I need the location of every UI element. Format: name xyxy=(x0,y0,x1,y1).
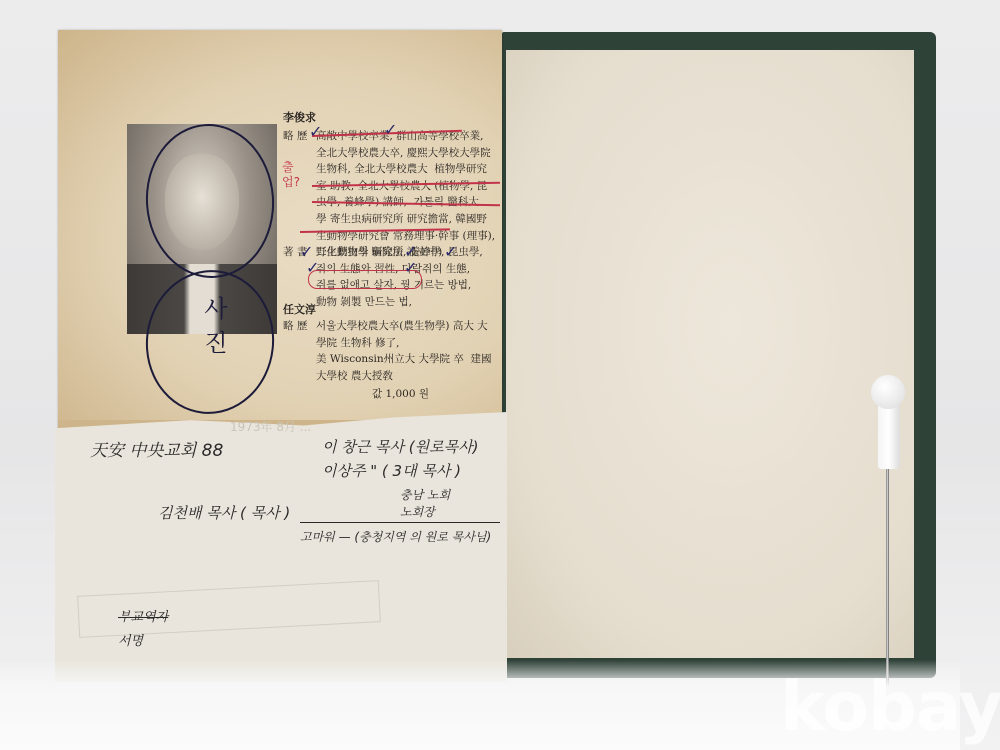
printed-line: 二化螟虫의 驅除法, 養蜂學, 昆虫學, xyxy=(316,244,483,261)
printed-line: 學 寄生虫病研究所 研究擔當, 韓國野 xyxy=(316,211,487,228)
note-line: 부교역자 xyxy=(118,606,168,625)
check-mark-icon: ✓ xyxy=(444,242,457,261)
watermark: kobay xyxy=(780,668,1000,747)
author1-career-label: 略 歷 xyxy=(283,128,307,145)
printed-line: 動物 剝製 만드는 법, xyxy=(316,294,412,311)
note-line: 天安 中央교회 88 xyxy=(90,436,223,461)
endpaper xyxy=(506,50,914,658)
check-mark-icon: ✓ xyxy=(384,120,397,139)
printed-line: 大學校 農大授敎 xyxy=(316,368,393,385)
printed-line: 學院 生物科 修了, xyxy=(316,335,400,352)
printed-line: 生物科, 全北大學校農大 植物學研究 xyxy=(316,161,487,178)
note-underline xyxy=(300,522,500,523)
pin-clip-stem xyxy=(878,403,900,469)
printed-line: 서울大學校農大卒(農生物學) 高大 大 xyxy=(316,318,488,335)
author2-career-label: 略 歷 xyxy=(283,318,307,335)
faint-through-text: 1973年 8月 ... xyxy=(230,418,311,435)
note-line: 충남 노회 노회장 xyxy=(400,486,460,520)
note-line: 고마워 — (충청지역 의 원로 목사님) xyxy=(300,528,491,545)
note-line: 이 창근 목사 (원로목사) xyxy=(322,436,478,457)
pin-clip-head xyxy=(871,375,905,409)
note-line: 김천배 목사 ( 목사 ) xyxy=(158,502,290,523)
photo-label: 사 진 xyxy=(196,292,236,360)
red-margin-note: 출업? xyxy=(282,160,298,190)
note-line: 이상주 " ( 3대 목사 ) xyxy=(322,460,461,481)
printed-line: 美 Wisconsin州立大 大學院 卒 建國 xyxy=(316,351,492,368)
check-mark-icon: ✓ xyxy=(306,258,319,277)
author2-name: 任文淳 xyxy=(283,302,316,319)
check-mark-icon: ✓ xyxy=(404,258,417,277)
note-signature: 서명 xyxy=(118,630,143,649)
printed-line: 全北大學校農大卒, 慶熙大學校大學院 xyxy=(316,145,491,162)
price: 값 1,000 원 xyxy=(372,386,429,401)
check-mark-icon: ✓ xyxy=(309,122,322,141)
